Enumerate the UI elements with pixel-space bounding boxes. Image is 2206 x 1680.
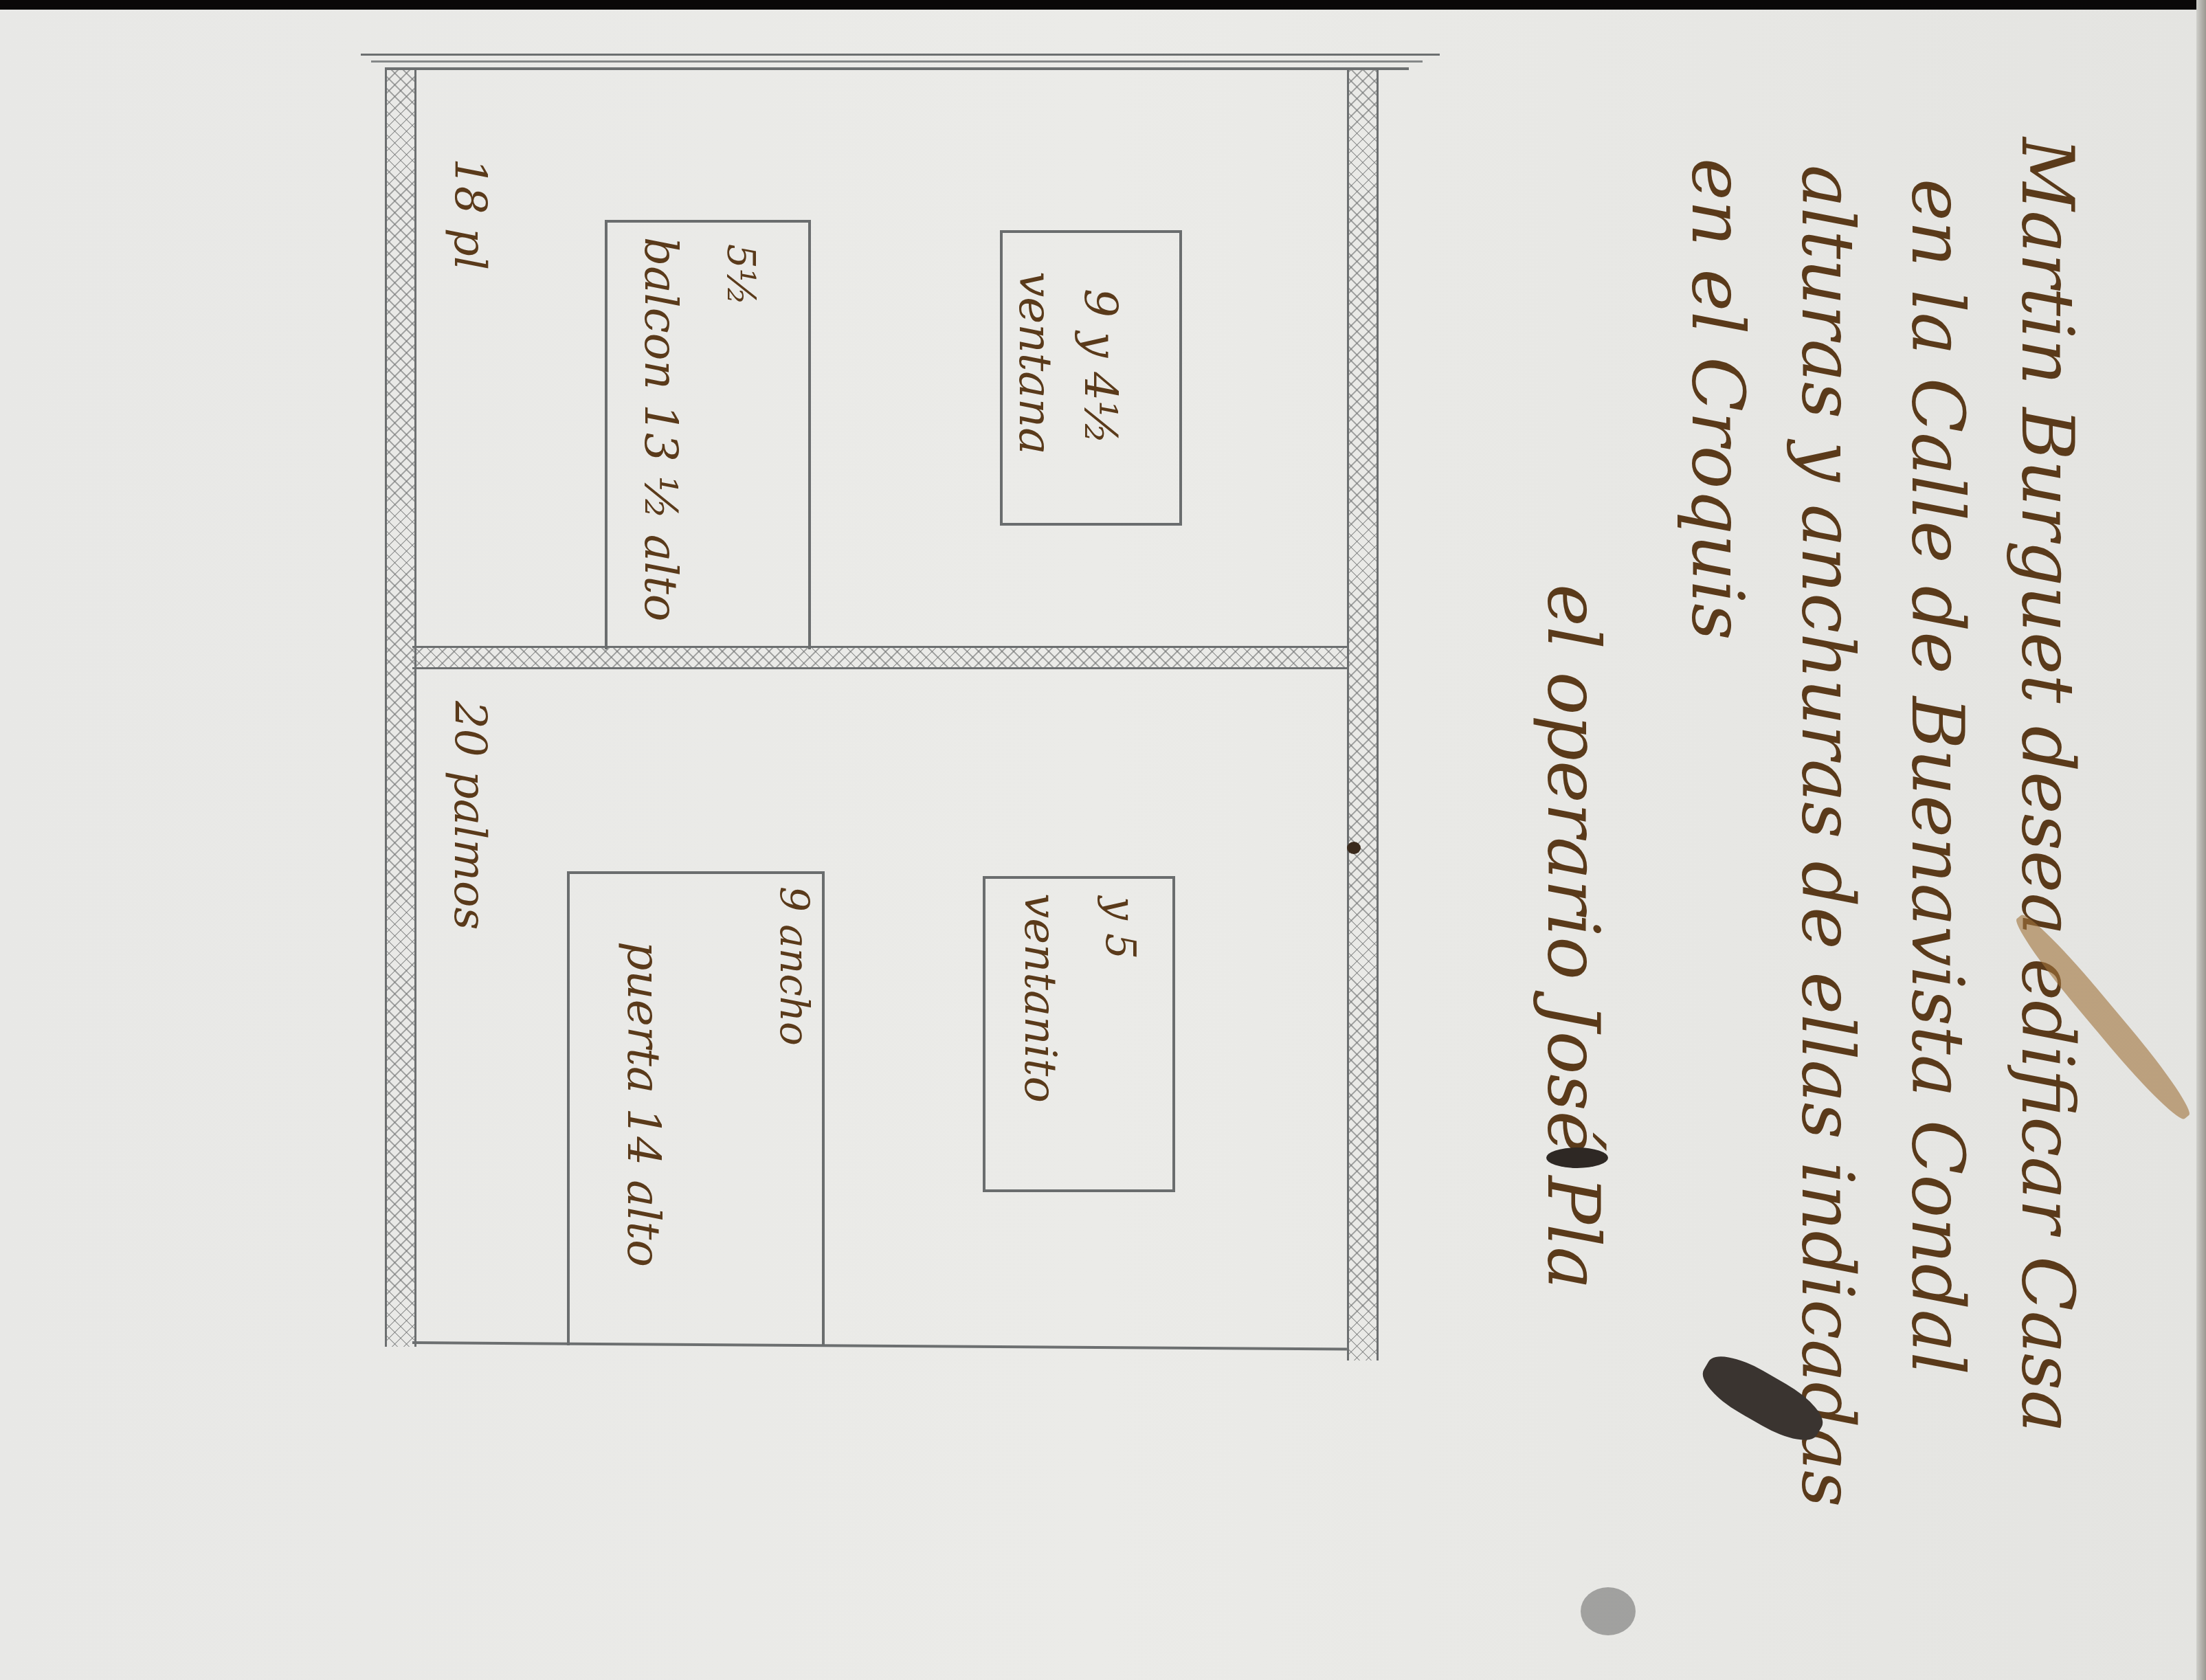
right-wall <box>1347 69 1379 1360</box>
facade-height-label: 20 palmos <box>444 701 495 930</box>
request-line-3: alturas y anchuras de ellas indicadas <box>1785 165 1869 1507</box>
request-line-1: Martin Burguet desea edificar Casa <box>2005 137 2089 1433</box>
small-window-dimensions-label: y 5 <box>1096 897 1144 959</box>
cornice-line <box>371 60 1423 63</box>
floor-slab <box>412 646 1347 669</box>
window-dimensions-label: 9 y 4½ <box>1074 289 1127 445</box>
door-width-label: 9 ancho <box>771 886 818 1046</box>
ink-dot <box>1347 842 1361 854</box>
cornice-line <box>385 67 1409 70</box>
scan-right-edge <box>2196 0 2206 1680</box>
small-window-opening <box>983 876 1175 1192</box>
request-line-4: en el Croquis <box>1675 158 1759 640</box>
left-wall <box>385 69 416 1347</box>
small-window-label: ventanito <box>1014 893 1065 1103</box>
window-label: ventana <box>1009 271 1062 455</box>
door-label: puerta 14 alto <box>617 941 670 1267</box>
operator-signature: el operario José Pla <box>1531 584 1615 1290</box>
cornice-line <box>361 54 1440 56</box>
balcony-width-label: 5½ <box>718 244 763 306</box>
balcony-label: balcon 13 ½ alto <box>634 237 687 622</box>
request-line-2: en la Calle de Buenavista Condal <box>1895 179 1979 1375</box>
pencil-smudge <box>1581 1587 1636 1635</box>
facade-width-label: 18 pl <box>444 158 495 270</box>
ink-blot <box>1546 1147 1608 1168</box>
